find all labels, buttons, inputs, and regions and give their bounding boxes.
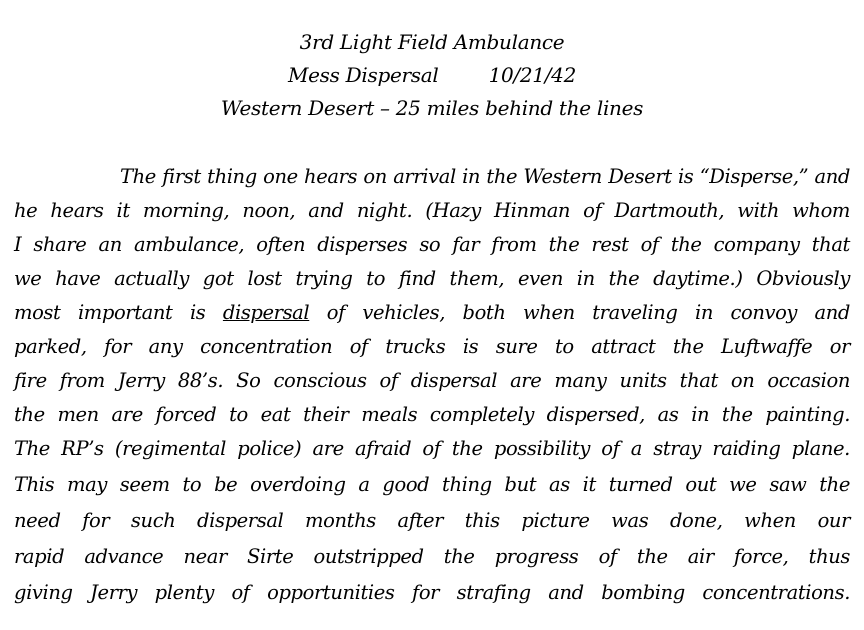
underlined-word-dispersal: dispersal [223, 301, 309, 324]
body-line-8: the men are forced to eat their meals co… [14, 400, 850, 430]
body-line-6: parked, for any concentration of trucks … [14, 332, 850, 362]
heading-date: 10/21/42 [489, 63, 576, 87]
body-line-11: need for such dispersal months after thi… [14, 506, 850, 536]
body-line-4: we have actually got lost trying to find… [14, 264, 850, 294]
body-line-5-after: of vehicles, both when traveling in conv… [309, 301, 850, 324]
body-line-3: I share an ambulance, often disperses so… [14, 230, 850, 260]
body-line-10: This may seem to be overdoing a good thi… [14, 470, 850, 500]
body-line-7: fire from Jerry 88’s. So conscious of di… [14, 366, 850, 396]
handwritten-letter-page: 3rd Light Field Ambulance Mess Dispersal… [0, 0, 864, 630]
heading-title-date: Mess Dispersal 10/21/42 [0, 61, 864, 89]
body-line-5: most important is dispersal of vehicles,… [14, 298, 850, 328]
heading-unit: 3rd Light Field Ambulance [0, 28, 864, 56]
body-line-5-before: most important is [14, 301, 223, 324]
body-line-12: rapid advance near Sirte outstripped the… [14, 542, 850, 572]
body-line-9: The RP’s (regimental police) are afraid … [14, 434, 850, 464]
heading-location: Western Desert – 25 miles behind the lin… [0, 94, 864, 122]
heading-title: Mess Dispersal [288, 63, 438, 87]
body-line-2: he hears it morning, noon, and night. (H… [14, 196, 850, 226]
body-line-13: giving Jerry plenty of opportunities for… [14, 578, 850, 608]
body-line-1: The first thing one hears on arrival in … [120, 162, 850, 192]
